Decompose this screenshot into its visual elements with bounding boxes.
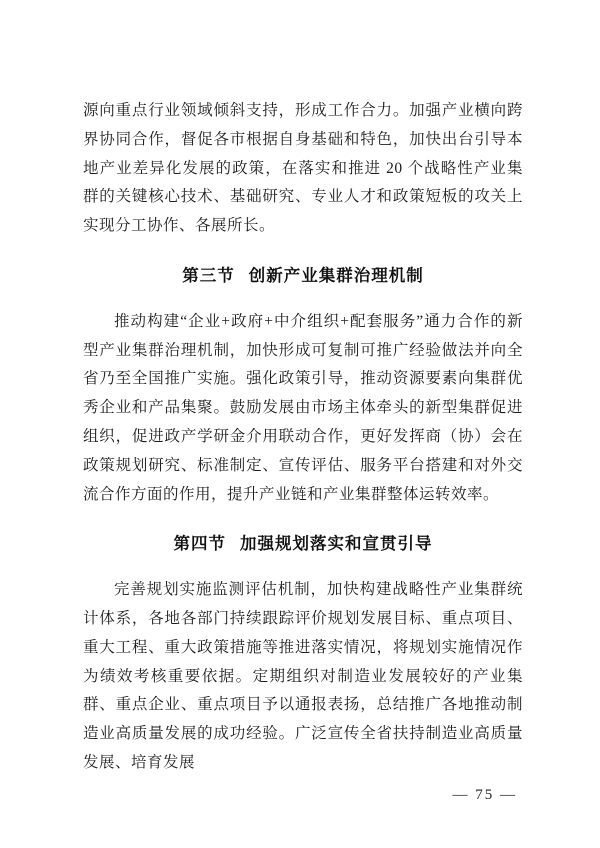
body-paragraph-section-3: 推动构建“企业+政府+中介组织+配套服务”通力合作的新型产业集群治理机制，加快形… — [83, 308, 523, 510]
section-heading-4-label: 第四节 — [173, 535, 226, 553]
section-heading-4-title: 加强规划落实和宣贯引导 — [240, 535, 433, 553]
section-heading-3: 第三节创新产业集群治理机制 — [83, 262, 523, 291]
section-heading-4: 第四节加强规划落实和宣贯引导 — [83, 530, 523, 559]
section-heading-3-title: 创新产业集群治理机制 — [249, 267, 424, 285]
body-paragraph-continuation: 源向重点行业领域倾斜支持，形成工作合力。加强产业横向跨界协同合作，督促各市根据自… — [83, 97, 523, 241]
page-number: — 75 — — [83, 784, 523, 806]
document-page: 源向重点行业领域倾斜支持，形成工作合力。加强产业横向跨界协同合作，督促各市根据自… — [0, 0, 600, 848]
body-paragraph-section-4: 完善规划实施监测评估机制，加快构建战略性产业集群统计体系，各地各部门持续跟踪评价… — [83, 576, 523, 778]
section-heading-3-label: 第三节 — [182, 267, 235, 285]
